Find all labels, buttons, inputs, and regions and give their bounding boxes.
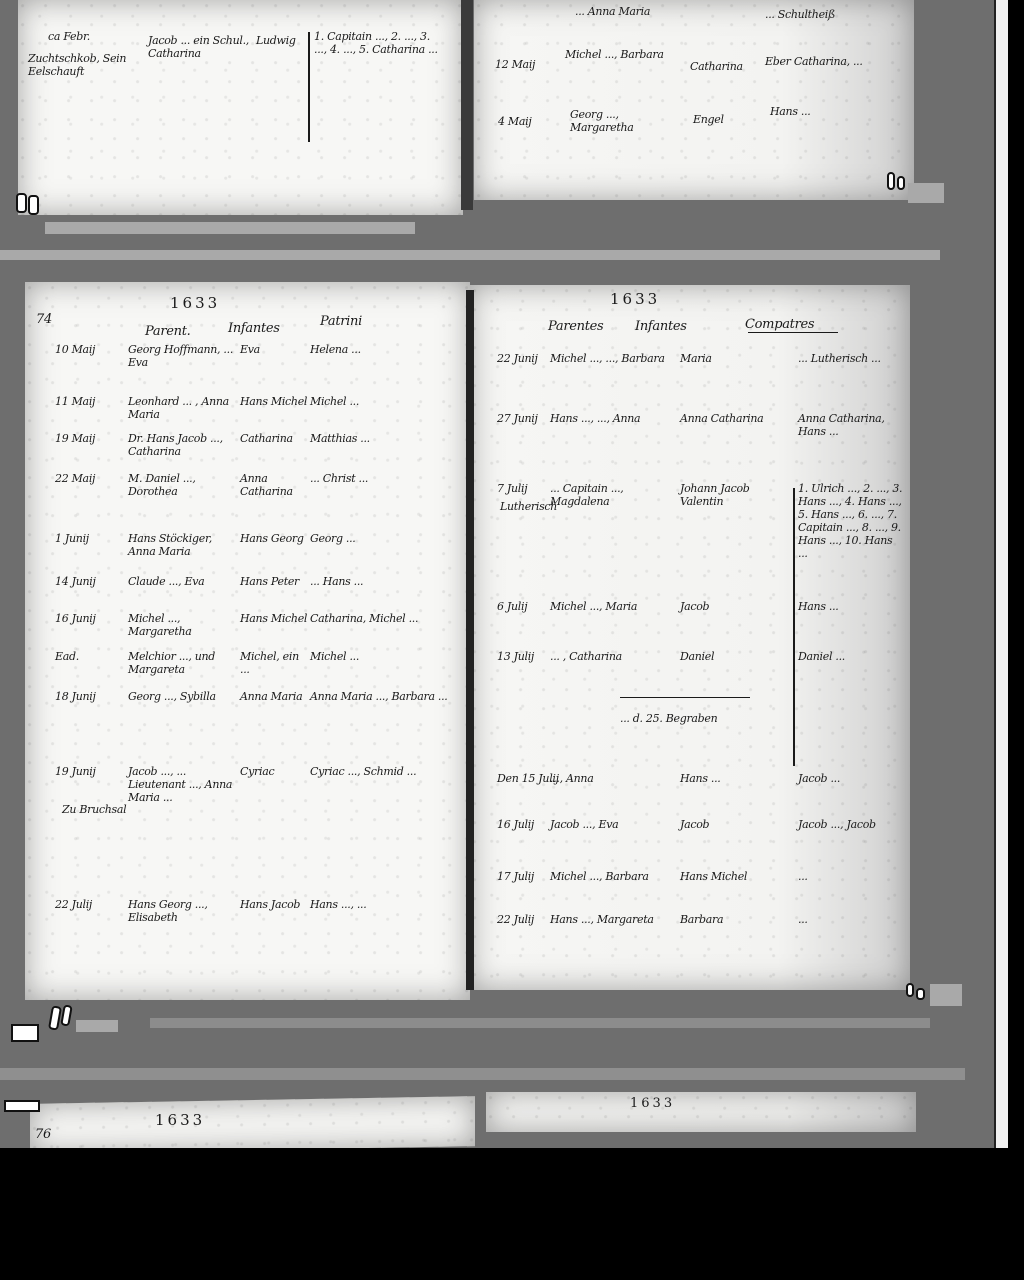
- left-entry-parents: Melchior ..., und Margareta: [128, 650, 233, 676]
- right-entry-child: Jacob: [680, 818, 780, 831]
- left-entry-sponsors: Helena ...: [310, 343, 450, 356]
- top-right-parents-0: ... Anna Maria: [575, 5, 650, 18]
- left-entry-sponsors: Michel ...: [310, 650, 450, 663]
- left-entry-date: 10 Maij: [55, 343, 95, 356]
- right-entry-parents: ... , Catharina: [550, 650, 670, 663]
- frame-mark: [60, 1004, 73, 1026]
- film-strip-band: [0, 250, 940, 260]
- right-register-page: [470, 285, 910, 990]
- right-entry-parents: Michel ..., ..., Barbara: [550, 352, 670, 365]
- right-entry-parents: Jacob ..., Eva: [550, 818, 670, 831]
- left-entry-date: 18 Junij: [55, 690, 96, 703]
- film-strip-band: [76, 1020, 118, 1032]
- scan-border-bottom: [0, 1148, 1024, 1280]
- left-entry-parents: Dr. Hans Jacob ..., Catharina: [128, 432, 233, 458]
- frame-mark: [906, 983, 914, 997]
- left-entry-sponsors: Catharina, Michel ...: [310, 612, 450, 625]
- right-entry-parents: Hans ..., Margareta: [550, 913, 670, 926]
- top-left-date: ca Febr.: [48, 30, 90, 43]
- left-entry-sponsors: Anna Maria ..., Barbara ...: [310, 690, 450, 703]
- right-entry-child: Maria: [680, 352, 780, 365]
- film-strip-band: [150, 1018, 930, 1028]
- right-entry-child: Johann Jacob Valentin: [680, 482, 780, 508]
- left-entry-sponsors: Michel ...: [310, 395, 450, 408]
- top-right-parents-1: Michel ..., Barbara: [565, 48, 665, 61]
- right-entry-date: 22 Julij: [497, 913, 534, 926]
- right-entry-sponsors: ... Lutherisch ...: [798, 352, 903, 365]
- header-underline: [748, 332, 838, 333]
- right-entry-date: 7 Julij: [497, 482, 527, 495]
- right-entry-parents: Michel ..., Barbara: [550, 870, 670, 883]
- left-entry-parents: Michel ..., Margaretha: [128, 612, 233, 638]
- left-entry-parents: Georg ..., Sybilla: [128, 690, 233, 703]
- left-entry-date: Ead.: [55, 650, 79, 663]
- left-entry-parents: Hans Stöckiger, Anna Maria: [128, 532, 233, 558]
- left-entry-date: 11 Maij: [55, 395, 95, 408]
- right-entry-sponsors: 1. Ulrich ..., 2. ..., 3. Hans ..., 4. H…: [798, 482, 903, 560]
- left-entry-parents: Jacob ..., ... Lieutenant ..., Anna Mari…: [128, 765, 233, 804]
- top-right-sponsors-1: Eber Catharina, ...: [765, 55, 895, 68]
- right-entry-child: Hans ...: [680, 772, 780, 785]
- left-entry-date: 1 Junij: [55, 532, 89, 545]
- burial-underline: [620, 697, 750, 698]
- left-entry-sponsors: Matthias ...: [310, 432, 450, 445]
- right-entry-date: 17 Julij: [497, 870, 534, 883]
- left-entry-parents: Claude ..., Eva: [128, 575, 233, 588]
- frame-mark: [897, 176, 905, 190]
- left-entry-child: Michel, ein ...: [240, 650, 310, 676]
- right-entry-date: 6 Julij: [497, 600, 527, 613]
- top-right-child-1: Catharina: [690, 60, 743, 73]
- right-entry-child: Jacob: [680, 600, 780, 613]
- left-entry-sponsors: Georg ...: [310, 532, 450, 545]
- page-number: 74: [36, 313, 52, 326]
- center-gutter: [466, 290, 474, 990]
- right-entry-sponsors: ...: [798, 870, 903, 883]
- top-right-child-2: Engel: [693, 113, 724, 126]
- sponsor-bracket: [793, 488, 795, 766]
- frame-mark: [887, 172, 895, 190]
- left-entry-child: Anna Maria: [240, 690, 310, 703]
- left-page-year: 1633: [170, 297, 220, 310]
- left-entry-sponsors: ... Christ ...: [310, 472, 450, 485]
- right-entry-parents: Michel ..., Maria: [550, 600, 670, 613]
- right-entry-child: Daniel: [680, 650, 780, 663]
- top-left-sponsor-bracket: [308, 32, 310, 142]
- film-notch: [4, 1100, 40, 1112]
- scan-border-right: [1008, 0, 1024, 1150]
- right-entry-sponsors: Jacob ...: [798, 772, 903, 785]
- left-entry-child: Anna Catharina: [240, 472, 310, 498]
- bottom-right-page: [486, 1092, 916, 1132]
- top-left-child: Ludwig: [256, 34, 296, 47]
- left-entry-sponsors: ... Hans ...: [310, 575, 450, 588]
- right-header-parents: Parentes: [548, 320, 603, 333]
- right-entry-note: Lutherisch: [500, 500, 620, 513]
- left-entry-child: Hans Peter: [240, 575, 310, 588]
- bottom-page-number: 76: [35, 1128, 51, 1141]
- right-entry-child: Anna Catharina: [680, 412, 780, 425]
- film-strip-band: [0, 1068, 965, 1080]
- left-entry-child: Hans Jacob: [240, 898, 310, 911]
- right-entry-parents: Hans ..., ..., Anna: [550, 412, 670, 425]
- left-entry-date: 14 Junij: [55, 575, 96, 588]
- film-notch: [11, 1024, 39, 1042]
- right-header-sponsors: Compatres: [745, 318, 814, 331]
- right-header-child: Infantes: [635, 320, 687, 333]
- right-entry-note: ... d. 25. Begraben: [620, 712, 760, 725]
- left-entry-date: 22 Julij: [55, 898, 92, 911]
- right-entry-child: Hans Michel: [680, 870, 780, 883]
- right-entry-sponsors: ...: [798, 913, 903, 926]
- left-entry-date: 19 Junij: [55, 765, 96, 778]
- film-strip-band: [908, 183, 944, 203]
- top-right-sponsors-0: ... Schultheiß: [765, 8, 835, 21]
- top-right-sponsors-2: Hans ...: [770, 105, 810, 118]
- top-left-note: Zuchtschkob, Sein Eelschauft: [28, 52, 148, 78]
- left-entry-date: 16 Junij: [55, 612, 96, 625]
- top-right-page: [474, 0, 914, 200]
- frame-mark: [916, 988, 925, 1000]
- left-entry-child: Hans Michel: [240, 612, 310, 625]
- top-left-parents: Jacob ... ein Schul., Catharina: [148, 34, 258, 60]
- top-gutter: [461, 0, 473, 210]
- right-entry-child: Barbara: [680, 913, 780, 926]
- frame-mark: [48, 1005, 62, 1030]
- left-entry-parents: Leonhard ... , Anna Maria: [128, 395, 233, 421]
- left-register-page: [25, 282, 470, 1000]
- left-entry-child: Eva: [240, 343, 310, 356]
- left-entry-sponsors: Hans ..., ...: [310, 898, 450, 911]
- frame-mark: [28, 195, 39, 215]
- left-entry-child: Cyriac: [240, 765, 310, 778]
- right-entry-sponsors: Anna Catharina, Hans ...: [798, 412, 903, 438]
- film-strip-band: [45, 222, 415, 234]
- top-right-date-1: 12 Maij: [495, 58, 535, 71]
- right-entry-date: 13 Julij: [497, 650, 534, 663]
- left-entry-parents: Hans Georg ..., Elisabeth: [128, 898, 233, 924]
- frame-mark: [16, 193, 27, 213]
- right-entry-sponsors: Hans ...: [798, 600, 903, 613]
- right-page-year: 1633: [610, 293, 660, 306]
- top-right-date-2: 4 Maij: [498, 115, 531, 128]
- right-entry-parents: ..., Anna: [550, 772, 670, 785]
- left-entry-note: Zu Bruchsal: [62, 803, 126, 816]
- right-entry-date: 16 Julij: [497, 818, 534, 831]
- left-header-parents: Parent.: [145, 325, 190, 338]
- left-entry-parents: Georg Hoffmann, ... Eva: [128, 343, 233, 369]
- left-entry-parents: M. Daniel ..., Dorothea: [128, 472, 233, 498]
- right-entry-sponsors: Jacob ..., Jacob: [798, 818, 903, 831]
- left-entry-child: Hans Michel: [240, 395, 310, 408]
- top-right-parents-2: Georg ..., Margaretha: [570, 108, 670, 134]
- left-header-child: Infantes: [228, 322, 280, 335]
- microfilm-strip: ca Febr. Zuchtschkob, Sein Eelschauft Ja…: [0, 0, 1010, 1150]
- left-entry-child: Hans Georg: [240, 532, 310, 545]
- left-entry-date: 19 Maij: [55, 432, 95, 445]
- left-entry-date: 22 Maij: [55, 472, 95, 485]
- right-entry-sponsors: Daniel ...: [798, 650, 903, 663]
- bottom-left-page: [30, 1096, 475, 1150]
- right-entry-date: 22 Junij: [497, 352, 538, 365]
- bottom-right-year: 1633: [630, 1097, 675, 1110]
- left-entry-sponsors: Cyriac ..., Schmid ...: [310, 765, 450, 778]
- left-entry-child: Catharina: [240, 432, 310, 445]
- top-left-sponsors: 1. Capitain ..., 2. ..., 3. ..., 4. ...,…: [314, 30, 444, 56]
- film-strip-band: [930, 984, 962, 1006]
- left-header-sponsors: Patrini: [320, 315, 362, 328]
- right-entry-date: 27 Junij: [497, 412, 538, 425]
- bottom-left-year: 1633: [155, 1114, 205, 1127]
